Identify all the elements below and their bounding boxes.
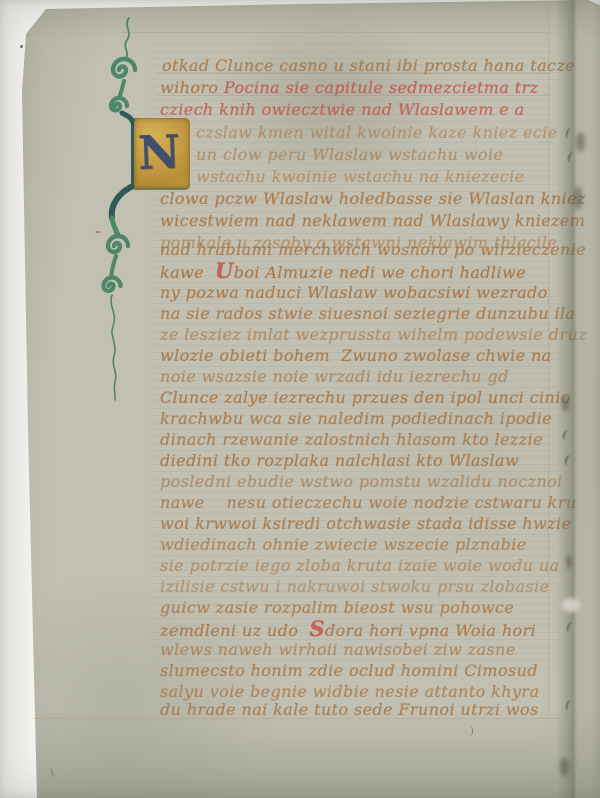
text-line: sie potrzie iego zloba kruta izaie woie … bbox=[160, 557, 560, 575]
text-line: wihoro Pocina sie capitule sedmezcietma … bbox=[160, 79, 539, 97]
text-segment-ink: un clow peru Wlaslaw wstachu woie bbox=[196, 145, 503, 164]
text-segment-ink: Clunce zalye iezrechu przues den ipol un… bbox=[160, 388, 571, 407]
text-segment-ink: na sie rados stwie siuesnoi seziegrie du… bbox=[160, 304, 575, 323]
text-segment-ink: wicestwiem nad neklawem nad Wlaslawy kni… bbox=[160, 211, 585, 230]
page-edge-crease bbox=[556, 0, 590, 798]
text-segment-ri: U bbox=[215, 258, 234, 283]
text-line: posledni ebudie wstwo pomstu wzalidu noc… bbox=[160, 473, 563, 491]
text-line: na sie rados stwie siuesnoi seziegrie du… bbox=[160, 305, 575, 323]
text-line: un clow peru Wlaslaw wstachu woie bbox=[196, 146, 503, 164]
text-line: guicw zasie rozpalim bieost wsu pohowce bbox=[160, 599, 514, 617]
text-segment-ink: dora hori vpna Woia hori bbox=[325, 621, 536, 640]
text-segment-ink: posledni ebudie wstwo pomstu wzalidu noc… bbox=[160, 472, 563, 491]
text-segment-ink: krachwbu wca sie naledim podiedinach ipo… bbox=[160, 409, 552, 428]
stray-mark bbox=[468, 726, 473, 736]
text-segment-ink: nad hrabiami merchwich wosnoro po wirzie… bbox=[160, 240, 586, 259]
text-line: salyu voie begnie widbie nesie attanto k… bbox=[160, 683, 539, 701]
text-line: slumecsto honim zdie oclud homini Cimosu… bbox=[160, 662, 538, 680]
text-line: woi krwwoi ksiredi otchwasie stada idiss… bbox=[160, 515, 571, 533]
bleedthrough-blot bbox=[560, 758, 569, 776]
stray-speck bbox=[20, 45, 23, 48]
text-line: otkad Clunce casno u stani ibi prosta ha… bbox=[162, 57, 575, 75]
text-line: nawe nesu otieczechu woie nodzie cstwaru… bbox=[160, 494, 577, 512]
text-segment-ink: sie potrzie iego zloba kruta izaie woie … bbox=[160, 556, 560, 575]
text-segment-ink: nawe nesu otieczechu woie nodzie cstwaru… bbox=[160, 493, 577, 512]
text-line: diedini tko rozplaka nalchlasi kto Wlasl… bbox=[160, 452, 519, 470]
text-segment-ink: du hrade nai kale tuto sede Frunoi utrzi… bbox=[160, 700, 539, 719]
text-line: wlews naweh wirhoii nawisobei ziw zasne bbox=[160, 641, 516, 659]
stray-speck bbox=[95, 231, 101, 233]
text-line: ze lesziez imlat wezprussta wihelm podew… bbox=[160, 326, 587, 344]
text-line: nad hrabiami merchwich wosnoro po wirzie… bbox=[160, 241, 586, 259]
text-segment-ink: czslaw kmen wital kwoinie kaze kniez eci… bbox=[196, 123, 558, 142]
text-segment-ink: wlews naweh wirhoii nawisobei ziw zasne bbox=[160, 640, 516, 659]
text-line: wlozie obieti bohem Zwuno zwolase chwie … bbox=[160, 347, 552, 365]
bleedthrough-blot bbox=[566, 555, 572, 569]
text-line: Clunce zalye iezrechu przues den ipol un… bbox=[160, 389, 571, 407]
text-segment-ink: wlozie obieti bohem Zwuno zwolase chwie … bbox=[160, 346, 552, 365]
text-block: otkad Clunce casno u stani ibi prosta ha… bbox=[0, 0, 600, 798]
text-line: zemdleni uz udo Sdora hori vpna Woia hor… bbox=[160, 620, 536, 640]
bleedthrough-blot bbox=[576, 132, 585, 152]
text-line: noie wsazsie noie wrzadi idu iezrechu gd bbox=[160, 368, 509, 386]
text-segment-rub: cziech knih owiecztwie nad Wlaslawem e a bbox=[160, 100, 525, 119]
text-line: krachwbu wca sie naledim podiedinach ipo… bbox=[160, 410, 552, 428]
text-segment-ink: wihoro bbox=[160, 78, 224, 97]
text-segment-ink: clowa pczw Wlaslaw holedbasse sie Wlasla… bbox=[160, 189, 586, 208]
text-line: dinach rzewanie zalostnich hlasom kto le… bbox=[160, 431, 543, 449]
bleedthrough-blot bbox=[562, 396, 569, 412]
text-segment-ink: wdiedinach ohnie zwiecie wszecie plznabi… bbox=[160, 535, 527, 554]
text-segment-ink: dinach rzewanie zalostnich hlasom kto le… bbox=[160, 430, 543, 449]
text-segment-ink: slumecsto honim zdie oclud homini Cimosu… bbox=[160, 661, 538, 680]
text-segment-ink: zemdleni uz udo bbox=[160, 621, 309, 640]
text-line: izilisie cstwu i nakruwoi stwoku prsu zl… bbox=[160, 578, 549, 596]
text-line: wicestwiem nad neklawem nad Wlaslawy kni… bbox=[160, 212, 585, 230]
text-segment-ink: ze lesziez imlat wezprussta wihelm podew… bbox=[160, 325, 587, 344]
text-segment-ink: diedini tko rozplaka nalchlasi kto Wlasl… bbox=[160, 451, 519, 470]
light-spot bbox=[562, 598, 580, 612]
text-line: clowa pczw Wlaslaw holedbasse sie Wlasla… bbox=[160, 190, 586, 208]
text-segment-ink: salyu voie begnie widbie nesie attanto k… bbox=[160, 682, 539, 701]
text-segment-ink: noie wsazsie noie wrzadi idu iezrechu gd bbox=[160, 367, 509, 386]
text-line: ny pozwa naduci Wlaslaw wobacsiwi wezrad… bbox=[160, 284, 548, 302]
text-line: du hrade nai kale tuto sede Frunoi utrzi… bbox=[160, 701, 539, 719]
text-segment-ink: otkad Clunce casno u stani ibi prosta ha… bbox=[162, 56, 575, 75]
text-segment-ri: S bbox=[309, 616, 325, 641]
text-line: cziech knih owiecztwie nad Wlaslawem e a bbox=[160, 101, 525, 119]
text-segment-ink: izilisie cstwu i nakruwoi stwoku prsu zl… bbox=[160, 577, 549, 596]
text-segment-ink: woi krwwoi ksiredi otchwasie stada idiss… bbox=[160, 514, 571, 533]
text-segment-ink: boi Almuzie nedi we chori hadliwe bbox=[234, 263, 526, 282]
text-segment-rub: Pocina sie capitule sedmezcietma trz bbox=[224, 78, 539, 97]
text-segment-ink: kawe bbox=[160, 263, 215, 282]
text-segment-ink: guicw zasie rozpalim bieost wsu pohowce bbox=[160, 598, 514, 617]
text-segment-ink: ny pozwa naduci Wlaslaw wobacsiwi wezrad… bbox=[160, 283, 548, 302]
text-line: wstachu kwoinie wstachu na kniezecie bbox=[196, 168, 525, 186]
manuscript-photo: N otkad Clunce casno u stani ibi prosta … bbox=[0, 0, 600, 798]
text-line: czslaw kmen wital kwoinie kaze kniez eci… bbox=[196, 124, 558, 142]
bleedthrough-blot bbox=[574, 186, 582, 210]
text-segment-ink: wstachu kwoinie wstachu na kniezecie bbox=[196, 167, 525, 186]
text-line: wdiedinach ohnie zwiecie wszecie plznabi… bbox=[160, 536, 527, 554]
text-line: kawe Uboi Almuzie nedi we chori hadliwe bbox=[160, 262, 526, 282]
